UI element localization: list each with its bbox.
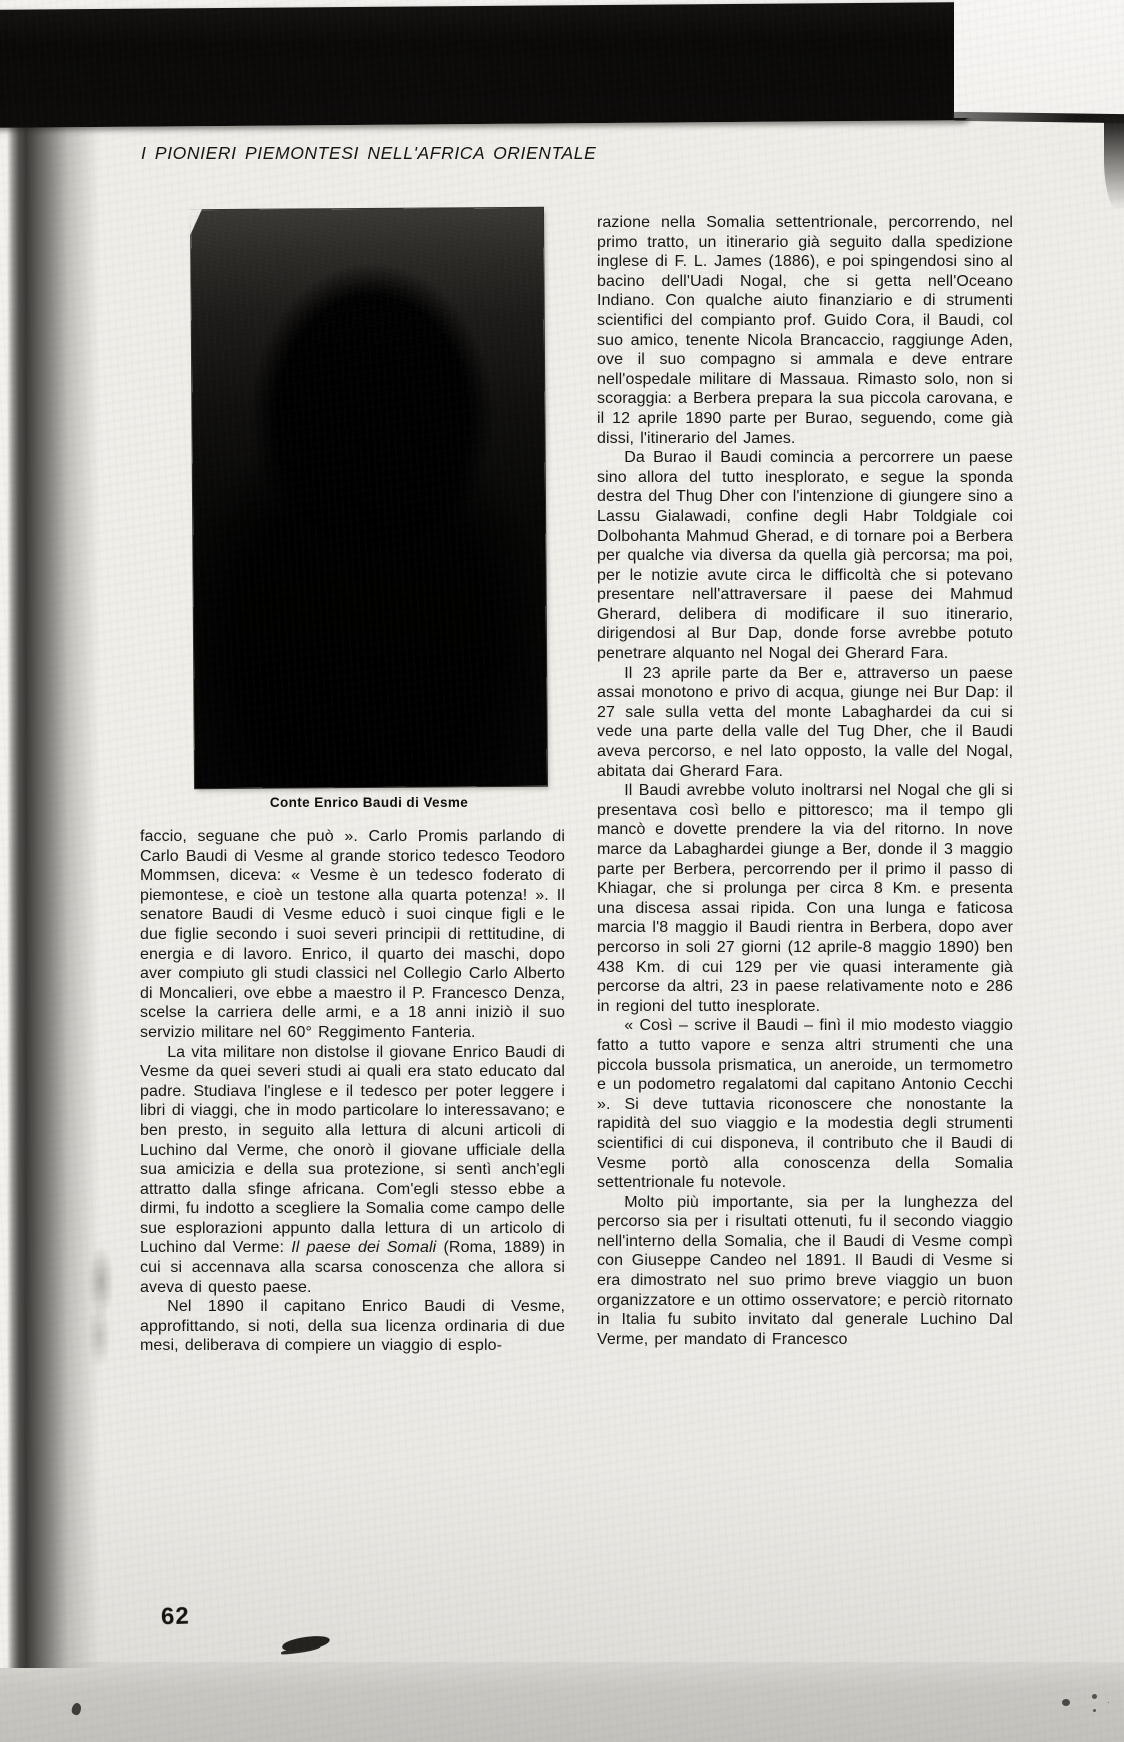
- text-segment: « Così – scrive il Baudi – finì il mio m…: [597, 1017, 1013, 1191]
- text-column-right: razione nella Somalia settentrionale, pe…: [597, 213, 1013, 1349]
- text-segment: faccio, seguane che può ». Carlo Promis …: [140, 828, 565, 1041]
- text-segment: Nel 1890 il capitano Enrico Baudi di Ves…: [140, 1298, 565, 1354]
- text-segment: La vita militare non distolse il giovane…: [140, 1044, 565, 1257]
- text-column-left: faccio, seguane che può ». Carlo Promis …: [140, 827, 565, 1356]
- portrait-photo: [191, 208, 547, 788]
- paragraph: Il 23 aprile parte da Ber e, attraverso …: [597, 664, 1013, 782]
- page-number: 62: [161, 1603, 191, 1632]
- text-segment: Il 23 aprile parte da Ber e, attraverso …: [597, 665, 1013, 780]
- photo-grain-texture: [191, 208, 547, 788]
- text-segment: Il Baudi avrebbe voluto inoltrarsi nel N…: [597, 782, 1013, 1015]
- paragraph: faccio, seguane che può ». Carlo Promis …: [140, 827, 565, 1043]
- paragraph: Da Burao il Baudi comincia a percorrere …: [597, 448, 1013, 664]
- scanned-book-page: I PIONIERI PIEMONTESI NELL'AFRICA ORIENT…: [0, 0, 1124, 1742]
- paragraph: « Così – scrive il Baudi – finì il mio m…: [597, 1016, 1013, 1192]
- paragraph: razione nella Somalia settentrionale, pe…: [597, 213, 1013, 448]
- paragraph: Molto più importante, sia per la lunghez…: [597, 1193, 1013, 1350]
- text-segment: Da Burao il Baudi comincia a percorrere …: [597, 449, 1013, 662]
- book-bottom-edge: [0, 1662, 1124, 1742]
- scan-speck: [1092, 1694, 1097, 1699]
- paragraph: La vita militare non distolse il giovane…: [140, 1043, 565, 1298]
- text-segment: Molto più importante, sia per la lunghez…: [597, 1194, 1013, 1348]
- text-segment: razione nella Somalia settentrionale, pe…: [597, 214, 1013, 447]
- scan-speck: [1062, 1699, 1070, 1706]
- cited-work-title: Il paese dei Somali: [291, 1239, 436, 1256]
- running-header: I PIONIERI PIEMONTESI NELL'AFRICA ORIENT…: [141, 143, 701, 164]
- scan-corner-highlight: [954, 0, 1124, 118]
- margin-scan-blot: [84, 1246, 118, 1366]
- paragraph: Nel 1890 il capitano Enrico Baudi di Ves…: [140, 1297, 565, 1356]
- photo-caption: Conte Enrico Baudi di Vesme: [193, 795, 545, 810]
- paragraph: Il Baudi avrebbe voluto inoltrarsi nel N…: [597, 781, 1013, 1016]
- scanner-black-band: [0, 2, 970, 128]
- binding-gutter-shadow: [0, 122, 110, 1668]
